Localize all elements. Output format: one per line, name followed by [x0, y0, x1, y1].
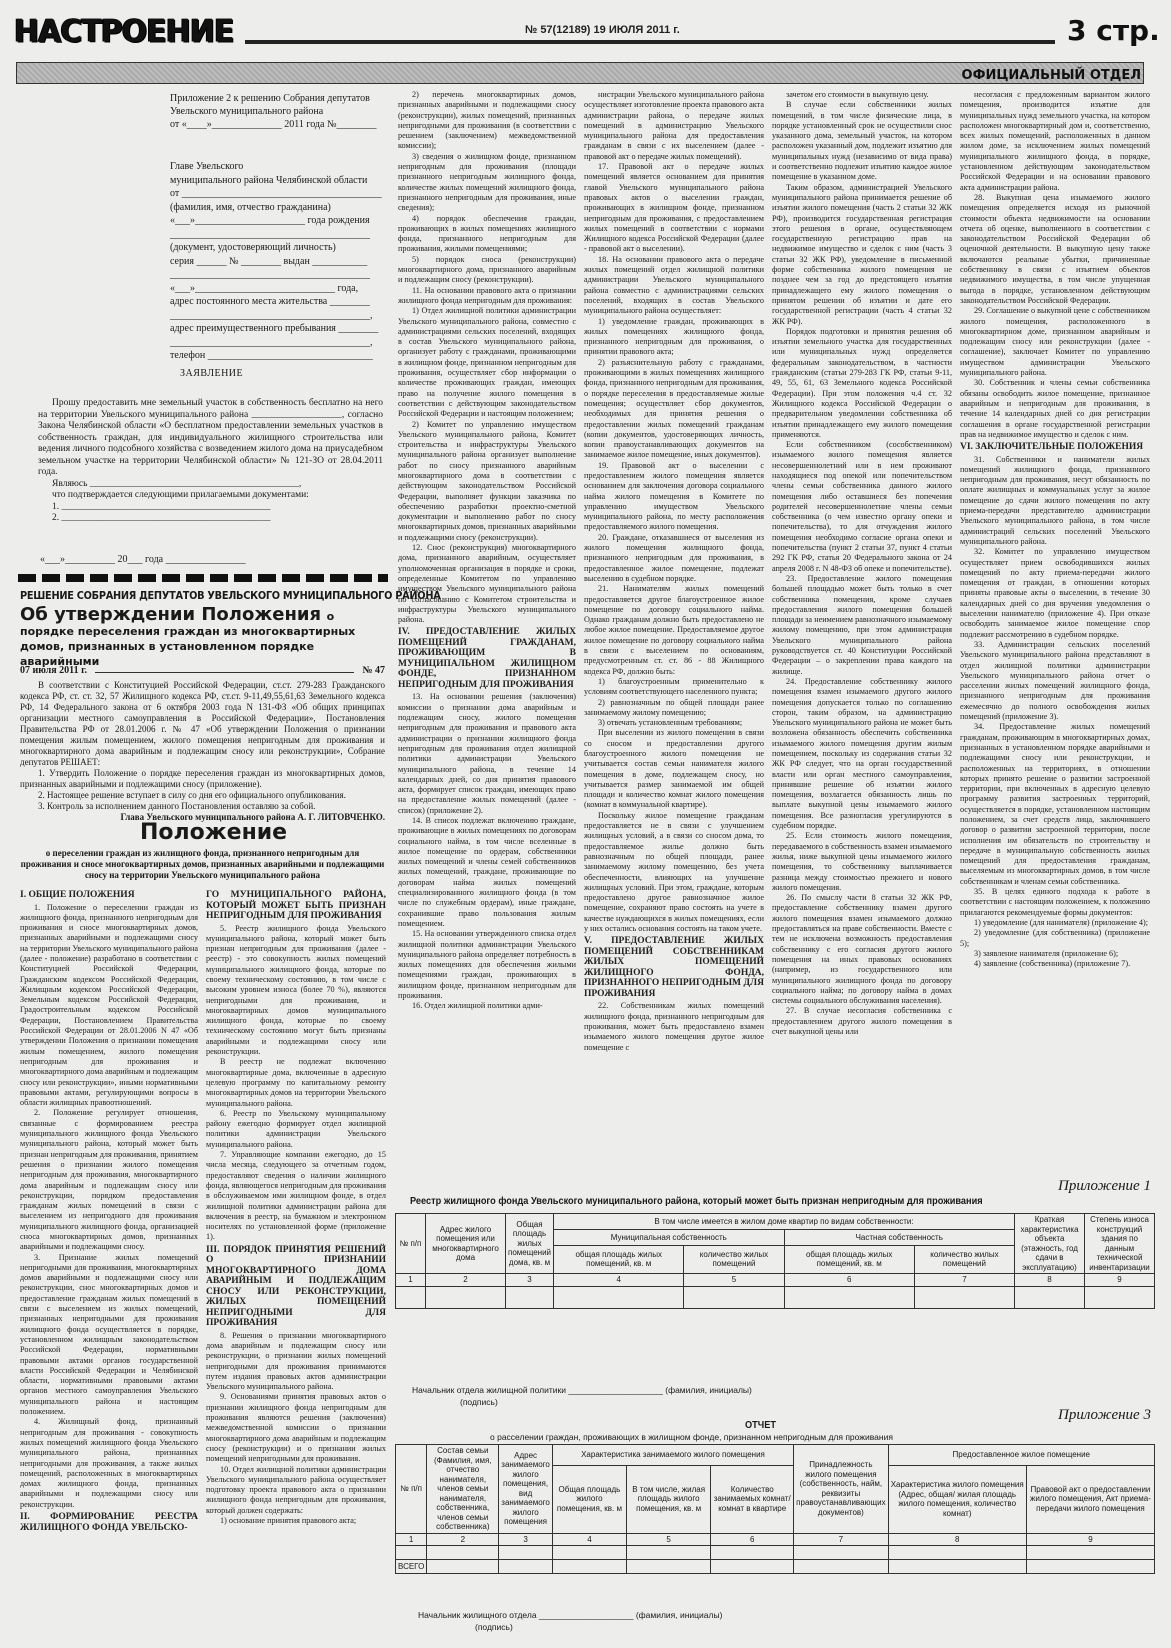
header-cell: Состав семьи (Фамилия, имя, отчество нан…: [427, 1445, 499, 1534]
col-number: 8: [888, 1533, 1026, 1546]
paragraph: 22. Собственникам жилых помещений жилищн…: [584, 1001, 764, 1052]
paragraph: 6. Реестр по Увельскому муниципальному р…: [206, 1109, 386, 1150]
newspaper-title: НАСТРОЕНИЕ: [14, 13, 234, 50]
paragraph: 10. Отдел жилищной политики администраци…: [206, 1465, 386, 1516]
total-label: ВСЕГО: [396, 1560, 427, 1574]
decision-title: Об утверждении Положения о порядке перес…: [20, 608, 390, 668]
section-heading: IV. ПРЕДОСТАВЛЕНИЕ ЖИЛЫХ ПОМЕЩЕНИЙ ГРАЖД…: [398, 627, 576, 690]
decision-item: 1. Утвердить Положение о порядке пересел…: [20, 768, 385, 790]
header-cell: Характеристика занимаемого жилого помеще…: [552, 1445, 793, 1466]
paragraph: В случае если собственники жилых помещен…: [772, 100, 952, 182]
form-line: ________________________________________…: [170, 336, 390, 350]
header-cell: Общая площадь жилого помещения, кв. м: [552, 1465, 626, 1533]
issue-date: № 57(12189) 19 ИЮЛЯ 2011 г.: [525, 24, 680, 36]
header-cell: Краткая характеристика объекта (этажност…: [1015, 1214, 1085, 1274]
col-number: 2: [427, 1533, 499, 1546]
decision-body: В соответствии с Конституцией Российской…: [20, 680, 385, 823]
paragraph: 1. Положение о переселении граждан из жи…: [20, 903, 198, 1109]
paragraph: 2. Положение регулирует отношения, связа…: [20, 1108, 198, 1252]
paragraph: 29. Соглашение о выкупной цене с собстве…: [960, 306, 1150, 378]
header-cell: Общая площадь жилых помещений дома, кв. …: [506, 1214, 554, 1274]
statement-title: ЗАЯВЛЕНИЕ: [180, 368, 243, 379]
header-cell: общая площадь жилых помещений, кв. м: [554, 1245, 684, 1273]
appendix3-label: Приложение 3: [1058, 1407, 1151, 1424]
appendix3-table: № п/п Состав семьи (Фамилия, имя, отчест…: [395, 1444, 1155, 1574]
decision-number: № 47: [362, 665, 385, 676]
form-line: ________________________________________: [170, 268, 390, 282]
header-cell: Предоставленное жилое помещение: [888, 1445, 1154, 1466]
decision-kicker: РЕШЕНИЕ СОБРАНИЯ ДЕПУТАТОВ УВЕЛЬСКОГО МУ…: [20, 590, 364, 602]
form-line: (документ, удостоверяющий личность): [170, 241, 390, 255]
text-column-5: зачетом его стоимости в выкупную цену.В …: [772, 90, 952, 1145]
paragraph: 17. Правовой акт о передаче жилых помеще…: [584, 162, 764, 255]
section-heading: VI. ЗАКЛЮЧИТЕЛЬНЫЕ ПОЛОЖЕНИЯ: [960, 442, 1150, 453]
text-column-4: нистрации Увельского муниципального райо…: [584, 90, 764, 1145]
paragraph: В реестр не подлежат включению многоквар…: [206, 1057, 386, 1108]
paragraph: нистрации Увельского муниципального райо…: [584, 90, 764, 162]
form-line: «___»____________________________ года,: [170, 282, 390, 296]
paragraph: 28. Выкупная цена изымаемого жилого поме…: [960, 193, 1150, 306]
paragraph: 1) благоустроенным применительно к услов…: [584, 677, 764, 698]
col-number: 3: [506, 1274, 554, 1287]
text-column-2: ГО МУНИЦИПАЛЬНОГО РАЙОНА, КОТОРЫЙ МОЖЕТ …: [206, 888, 386, 1646]
section-label: ОФИЦИАЛЬНЫЙ ОТДЕЛ: [962, 68, 1141, 83]
paragraph: 13. На основании решения (заключения) ко…: [398, 692, 576, 816]
form-line: муниципального района Челябинской област…: [170, 174, 390, 188]
paragraph: Если собственником (сособственником) изы…: [772, 440, 952, 574]
paragraph: 2) уведомление (для собственника) (прило…: [960, 928, 1150, 949]
col-number: 5: [627, 1533, 711, 1546]
paragraph: 2) Комитет по управлению имуществом Увел…: [398, 420, 576, 544]
header-cell: Адрес занимаемого жилого помещения, вид …: [499, 1445, 553, 1534]
page-number: 3 стр.: [1067, 14, 1160, 47]
appendix3-title: ОТЧЕТ: [745, 1420, 776, 1431]
col-number: 2: [426, 1274, 506, 1287]
text-column-3: 2) перечень многоквартирных домов, призн…: [398, 90, 576, 1145]
paragraph: 1) уведомление граждан, проживающих в жи…: [584, 317, 764, 358]
col-number: 4: [554, 1274, 684, 1287]
form-line: от «____»______________ 2011 года №_____…: [170, 118, 390, 131]
appendix1-signature: Начальник отдела жилищной политики _____…: [412, 1385, 752, 1395]
section-heading: ГО МУНИЦИПАЛЬНОГО РАЙОНА, КОТОРЫЙ МОЖЕТ …: [206, 890, 386, 922]
header-cell: Правовой акт о предоставлении жилого пом…: [1026, 1465, 1154, 1533]
paragraph: 31. Собственники и наниматели жилых поме…: [960, 455, 1150, 548]
appendix3-signature: Начальник жилищного отдела _____________…: [418, 1610, 722, 1620]
form-line: 1. _____________________________________…: [38, 502, 383, 514]
form-line: Увельского муниципального района: [170, 105, 390, 118]
col-number: 9: [1085, 1274, 1155, 1287]
paragraph: 21. Нанимателям жилых помещений предоста…: [584, 584, 764, 677]
paragraph: 9. Основаниями принятия правовых актов о…: [206, 1392, 386, 1464]
paragraph: 3) сведения о жилищном фонде, признанном…: [398, 152, 576, 214]
form-line: «___»______________________ года рождени…: [170, 214, 390, 228]
paragraph: 11. На основании правового акта о призна…: [398, 286, 576, 307]
form-line: от _____________________________________…: [170, 187, 390, 201]
paragraph: 4) заявление (собственника) (приложение …: [960, 959, 1150, 969]
paragraph: 3) отвечать установленным требованиям;: [584, 718, 764, 728]
paragraph: 23. Предоставление жилого помещения боль…: [772, 574, 952, 677]
header-cell: количество жилых помещений: [684, 1245, 784, 1273]
paragraph: 7. Управляющие компании ежегодно, до 15 …: [206, 1150, 386, 1243]
paragraph: 19. Правовой акт о выселении с предостав…: [584, 461, 764, 533]
header-cell: Муниципальная собственность: [554, 1229, 784, 1245]
header-cell: Степень износа конструкций здания по дан…: [1085, 1214, 1155, 1274]
paragraph: 30. Собственник и члены семьи собственни…: [960, 378, 1150, 440]
paragraph: 4. Жилищный фонд, признанный непригодным…: [20, 1417, 198, 1510]
header-cell: Характеристика жилого помещения (Адрес, …: [888, 1465, 1026, 1533]
statement-text: Прошу предоставить мне земельный участок…: [38, 398, 383, 479]
paragraph: 18. На основании правового акта о переда…: [584, 255, 764, 317]
col-number: 6: [711, 1533, 794, 1546]
form-line: Главе Увельского: [170, 160, 390, 174]
col-number: 5: [684, 1274, 784, 1287]
appendix1-label: Приложение 1: [1058, 1178, 1151, 1195]
form-line: адрес постоянного места жительства _____…: [170, 295, 390, 309]
paragraph: Таким образом, администрацией Увельского…: [772, 183, 952, 327]
header-cell: Частная собственность: [784, 1229, 1015, 1245]
regulation-subtitle: о переселении граждан из жилищного фонда…: [20, 848, 385, 881]
col-number: 7: [914, 1274, 1014, 1287]
form-line: ________________________________________: [170, 228, 390, 242]
appendix3-signature-sub: (подпись): [475, 1622, 513, 1632]
paragraph: 32. Комитет по управлению имуществом осу…: [960, 547, 1150, 640]
header-cell: № п/п: [396, 1214, 426, 1274]
paragraph: Поскольку жилое помещение гражданам пред…: [584, 811, 764, 935]
form-line: что подтверждается следующими прилагаемы…: [38, 490, 383, 502]
section-heading: V. ПРЕДОСТАВЛЕНИЕ ЖИЛЫХ ПОМЕЩЕНИЙ СОБСТВ…: [584, 936, 764, 999]
decision-title-main: Об утверждении Положения: [20, 604, 321, 625]
header-cell: Количество занимаемых комнат/ комнат в к…: [711, 1465, 794, 1533]
header-cell: количество жилых помещений: [914, 1245, 1014, 1273]
dashed-divider: [18, 574, 388, 582]
section-heading: I. ОБЩИЕ ПОЛОЖЕНИЯ: [20, 890, 198, 901]
statement-date-line: «___»__________ 20___ года _____________…: [40, 554, 246, 565]
header-cell: В том числе имеется в жилом доме квартир…: [554, 1214, 1015, 1230]
paragraph: 26. По смыслу части 8 статьи 32 ЖК РФ, п…: [772, 893, 952, 1006]
header-cell: Принадлежность жилого помещения (собстве…: [794, 1445, 888, 1534]
regulation-title: Положение: [140, 820, 287, 845]
paragraph: 2) разъяснительную работу с гражданами, …: [584, 358, 764, 461]
paragraph: 34. Предоставление жилых помещений гражд…: [960, 722, 1150, 887]
decision-date: 07 июля 2011 г.: [20, 665, 87, 676]
paragraph: 8. Решения о признании многоквартирного …: [206, 1331, 386, 1393]
header-cell: № п/п: [396, 1445, 427, 1534]
form-line: Приложение 2 к решению Собрания депутато…: [170, 92, 390, 105]
paragraph: 12. Снос (реконструкция) многоквартирног…: [398, 543, 576, 625]
paragraph: 16. Отдел жилищной политики адми-: [398, 1001, 576, 1011]
paragraph: 1) основание принятия правового акта;: [206, 1516, 386, 1526]
form-line: ________________________________________…: [170, 309, 390, 323]
form-line: 2. _____________________________________…: [38, 513, 383, 525]
paragraph: 5) порядок сноса (реконструкции) многокв…: [398, 255, 576, 286]
col-number: 4: [552, 1533, 626, 1546]
header-cell: общая площадь жилых помещений, кв. м: [784, 1245, 914, 1273]
decision-item: 2. Настоящее решение вступает в силу со …: [20, 790, 385, 801]
decision-preamble: В соответствии с Конституцией Российской…: [20, 680, 385, 768]
form-addressee: Главе Увельского муниципального района Ч…: [170, 160, 390, 363]
col-number: 1: [396, 1274, 426, 1287]
paragraph: 2) равнозначным по общей площади ранее з…: [584, 698, 764, 719]
col-number: 7: [794, 1533, 888, 1546]
form-line: (фамилия, имя, отчество гражданина): [170, 201, 390, 215]
decision-meta: 07 июля 2011 г. № 47: [20, 665, 385, 676]
paragraph: Порядок подготовки и принятия решения об…: [772, 327, 952, 440]
col-number: 8: [1015, 1274, 1085, 1287]
paragraph: 24. Предоставление собственнику жилого п…: [772, 677, 952, 831]
col-number: 3: [499, 1533, 553, 1546]
paragraph: 25. Если стоимость жилого помещения, пер…: [772, 831, 952, 893]
masthead-rule: [245, 40, 1055, 44]
paragraph: 3. Признание жилых помещений непригодным…: [20, 1253, 198, 1418]
header-cell: В том числе, жилая площадь жилого помеще…: [627, 1465, 711, 1533]
paragraph: 35. В целях единого подхода к работе в с…: [960, 887, 1150, 918]
paragraph: 27. В случае несогласия собственника с п…: [772, 1006, 952, 1037]
paragraph: 2) перечень многоквартирных домов, призн…: [398, 90, 576, 152]
col-number: 6: [784, 1274, 914, 1287]
form-line: адрес преимущественного пребывания _____…: [170, 322, 390, 336]
paragraph: При выселении из жилого помещения в связ…: [584, 728, 764, 810]
appendix1-signature-sub: (подпись): [460, 1397, 498, 1407]
table-row-total: ВСЕГО: [396, 1560, 1155, 1574]
decision-item: 3. Контроль за исполнением данного Поста…: [20, 801, 385, 812]
appendix3-subtitle: о расселении граждан, проживающих в жили…: [490, 1432, 893, 1442]
section-heading: III. ПОРЯДОК ПРИНЯТИЯ РЕШЕНИЙ О ПРИЗНАНИ…: [206, 1245, 386, 1329]
paragraph: несогласия с предложенным вариантом жило…: [960, 90, 1150, 193]
form-line: Являюсь ________________________________…: [38, 479, 383, 491]
paragraph: 20. Граждане, отказавшиеся от выселения …: [584, 533, 764, 584]
form-line: телефон ________________________________…: [170, 349, 390, 363]
paragraph: 4) порядок обеспечения граждан, проживаю…: [398, 214, 576, 255]
text-column-1: I. ОБЩИЕ ПОЛОЖЕНИЯ1. Положение о пересел…: [20, 888, 198, 1646]
paragraph: 33. Администрации сельских поселений Уве…: [960, 640, 1150, 722]
form-appendix-header: Приложение 2 к решению Собрания депутато…: [170, 92, 390, 131]
form-line: серия ______ № ________ выдан __________…: [170, 255, 390, 269]
paragraph: 3) заявление нанимателя (приложение 6);: [960, 949, 1150, 959]
table-row-empty: [396, 1286, 1155, 1308]
col-number: 1: [396, 1533, 427, 1546]
text-column-6: несогласия с предложенным вариантом жило…: [960, 90, 1150, 1145]
header-cell: Адрес жилого помещения или многоквартирн…: [426, 1214, 506, 1274]
paragraph: 5. Реестр жилищного фонда Увельского мун…: [206, 924, 386, 1058]
paragraph: 1) уведомление (для нанимателя) (приложе…: [960, 918, 1150, 928]
paragraph: зачетом его стоимости в выкупную цену.: [772, 90, 952, 100]
appendix1-table: № п/п Адрес жилого помещения или многокв…: [395, 1213, 1155, 1309]
paragraph: 14. В список подлежат включению граждане…: [398, 816, 576, 929]
paragraph: 1) Отдел жилищной политики администрации…: [398, 306, 576, 419]
statement-body: Прошу предоставить мне земельный участок…: [38, 398, 383, 525]
appendix1-title: Реестр жилищного фонда Увельского муници…: [410, 1196, 983, 1207]
table-row-empty: [396, 1546, 1155, 1560]
col-number: 9: [1026, 1533, 1154, 1546]
paragraph: 15. На основании утвержденного списка от…: [398, 929, 576, 1001]
section-heading: II. ФОРМИРОВАНИЕ РЕЕСТРА ЖИЛИЩНОГО ФОНДА…: [20, 1512, 198, 1533]
